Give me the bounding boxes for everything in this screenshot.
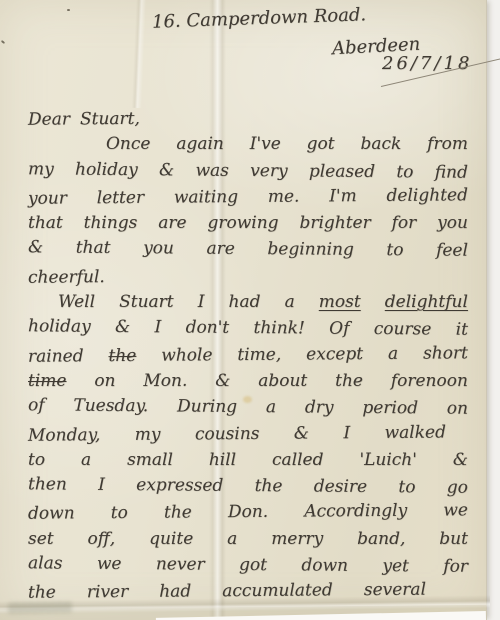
handwritten-word: dry (305, 398, 334, 418)
sender-address-line-1: 16. Camperdown Road. (152, 4, 367, 32)
handwritten-word: the (255, 476, 283, 496)
handwritten-word: was (195, 160, 229, 180)
handwritten-word: I (343, 423, 350, 443)
handwritten-word: about (258, 371, 307, 391)
letter-line: holiday&Idon'tthink!Ofcourseit (28, 317, 468, 347)
handwritten-word: down (28, 504, 75, 524)
handwritten-word: go (447, 478, 468, 498)
handwritten-word: to (396, 162, 413, 182)
handwritten-word: cousins (195, 423, 260, 444)
handwritten-word: don't (186, 318, 230, 338)
handwritten-word: a (388, 343, 398, 363)
letter-line: rainedthewholetime,exceptashort (28, 343, 468, 373)
handwritten-word: on (447, 399, 468, 419)
letter-line: OnceagainI'vegotbackfrom (28, 134, 468, 160)
letter-line: WellStuartIhadamostdelightful (28, 292, 468, 318)
letter-line: &thatyouarebeginningtofeel (28, 238, 468, 268)
handwritten-word: Accordingly (304, 501, 407, 522)
letter-line: theriverhadaccumulatedseveral (28, 580, 468, 610)
handwritten-word: a (81, 450, 91, 470)
handwritten-word: accumulated (222, 581, 333, 602)
handwritten-word: delightful (385, 292, 468, 312)
handwritten-word: for (443, 557, 468, 577)
handwritten-word: I (98, 475, 105, 495)
handwritten-word: had (159, 582, 191, 602)
letter-line: thatthingsaregrowingbrighterforyou (28, 213, 468, 239)
top-crease-line (132, 0, 147, 108)
handwritten-word: to (111, 503, 128, 523)
handwritten-word: forenoon (391, 371, 468, 391)
handwritten-word: the (164, 503, 192, 523)
handwritten-word: of (28, 396, 45, 416)
letter-line: alaswenevergotdownyetfor (28, 553, 468, 583)
handwritten-word: very (250, 161, 288, 181)
handwritten-word: hill (209, 450, 236, 470)
handwritten-word: During (177, 397, 237, 417)
handwritten-word: & (453, 450, 468, 470)
handwritten-word: the (108, 346, 136, 366)
handwritten-word: my (135, 424, 161, 444)
handwritten-word: period (362, 398, 418, 418)
handwritten-word: course (374, 319, 432, 339)
handwritten-word: quite (149, 529, 193, 549)
handwritten-word: things (84, 213, 138, 233)
handwritten-word: I'm (329, 186, 357, 206)
handwritten-word: the (335, 371, 363, 391)
handwritten-word: time, (237, 344, 281, 364)
letter-line: thenIexpressedthedesiretogo (28, 474, 468, 504)
handwritten-word: a (227, 529, 237, 549)
handwritten-word: except (306, 344, 363, 364)
handwritten-word: merry (271, 529, 323, 549)
handwritten-word: cheerful. (28, 267, 105, 288)
handwritten-word: Once (106, 134, 150, 154)
letter-line: myholiday&wasverypleasedtofind (28, 159, 468, 189)
handwritten-word: & (215, 371, 230, 391)
handwritten-word: waiting (174, 187, 238, 208)
handwritten-word: then (28, 474, 67, 494)
handwritten-word: that (28, 213, 63, 233)
handwritten-word: & (294, 423, 309, 443)
letter-body: DearStuart,OnceagainI'vegotbackfrommyhol… (28, 108, 468, 608)
handwritten-word: you (437, 213, 468, 233)
letter-line: toasmallhillcalled'Luich'& (28, 450, 468, 476)
handwritten-word: to (398, 477, 415, 497)
handwritten-word: on (94, 371, 115, 391)
letter-paper: 16. Camperdown Road. Aberdeen 26/7/18 De… (0, 0, 487, 620)
handwritten-word: set (28, 529, 54, 549)
handwritten-word: to (28, 450, 45, 470)
handwritten-word: I (198, 292, 205, 312)
handwritten-word: Well (58, 292, 95, 312)
handwritten-word: a (266, 397, 276, 417)
handwritten-word: off, (88, 529, 116, 549)
handwritten-word: short (423, 343, 468, 363)
handwritten-word: we (97, 554, 122, 574)
handwritten-word: I (154, 318, 161, 338)
handwritten-word: to (386, 241, 403, 261)
letter-line: cheerful. (28, 264, 468, 294)
handwritten-word: river (87, 582, 129, 602)
handwritten-word: Stuart (119, 292, 174, 312)
handwritten-word: delighted (386, 185, 468, 206)
handwritten-word: most (319, 292, 361, 312)
handwritten-word: you (143, 239, 174, 259)
handwritten-word: had (229, 292, 261, 312)
handwritten-word: got (239, 555, 267, 575)
handwritten-word: back (360, 134, 401, 154)
handwritten-word: a (285, 292, 295, 312)
handwritten-word: it (456, 320, 468, 340)
handwritten-word: are (206, 239, 234, 259)
handwritten-word: desire (314, 477, 367, 497)
handwritten-word: growing (207, 213, 278, 233)
handwritten-word: several (364, 580, 426, 600)
handwritten-word: alas (28, 553, 63, 573)
handwritten-word: the (28, 583, 56, 603)
handwritten-word: think! (253, 318, 304, 338)
letter-line: timeonMon.&abouttheforenoon (28, 371, 468, 397)
handwritten-word: band, (357, 529, 405, 549)
handwritten-word: brighter (299, 213, 370, 233)
letter-line: setoff,quiteamerryband,but (28, 529, 468, 555)
handwritten-word: expressed (136, 475, 223, 496)
handwritten-word: are (158, 213, 186, 233)
handwritten-word: your (28, 188, 67, 208)
letter-scan-page: { "document": { "kind": "handwritten-let… (0, 0, 500, 620)
handwritten-word: again (176, 134, 224, 154)
handwritten-word: & (159, 160, 174, 180)
paper-speck (67, 9, 70, 11)
letter-date: 26/7/18 (382, 53, 472, 74)
handwritten-word: walked (385, 422, 447, 442)
handwritten-word: Monday, (28, 425, 101, 446)
handwritten-word: me. (268, 186, 300, 206)
handwritten-word: Of (329, 319, 349, 339)
handwritten-word: for (392, 213, 417, 233)
handwritten-word: letter (97, 188, 145, 208)
handwritten-word: we (443, 501, 468, 521)
handwritten-word: holiday (28, 317, 91, 337)
letter-line: Monday,mycousins&Iwalked (28, 422, 468, 452)
handwritten-word: I've (250, 134, 281, 154)
handwritten-word: find (435, 162, 468, 182)
handwritten-word: & (28, 238, 43, 258)
handwritten-word: down (301, 555, 348, 575)
paper-speck (1, 40, 5, 44)
handwritten-word: Tuesday. (73, 396, 148, 417)
handwritten-word: holiday (75, 159, 138, 179)
handwritten-word: beginning (267, 240, 354, 261)
letter-line: DearStuart, (28, 106, 468, 136)
handwritten-word: time (28, 371, 66, 391)
handwritten-word: Stuart, (80, 109, 140, 129)
handwritten-word: 'Luich' (359, 450, 417, 470)
handwritten-word: small (127, 450, 173, 470)
handwritten-word: Don. (228, 502, 268, 522)
handwritten-word: that (76, 238, 111, 258)
letter-line: ofTuesday.Duringadryperiodon (28, 396, 468, 426)
handwritten-word: & (115, 317, 130, 337)
letter-line: yourletterwaitingme.I'mdelighted (28, 185, 468, 215)
handwritten-word: my (28, 159, 54, 179)
handwritten-word: never (156, 554, 205, 574)
handwritten-word: whole (161, 345, 212, 365)
handwritten-word: yet (382, 556, 409, 576)
handwritten-word: called (272, 450, 323, 470)
handwritten-word: but (439, 529, 468, 549)
handwritten-word: pleased (309, 161, 375, 182)
handwritten-word: Mon. (143, 371, 187, 391)
handwritten-word: feel (436, 241, 468, 261)
handwritten-word: rained (28, 346, 84, 366)
handwritten-word: got (307, 134, 335, 154)
letter-line: downtotheDon.Accordinglywe (28, 501, 468, 531)
handwritten-word: from (427, 134, 468, 154)
handwritten-word: Dear (28, 109, 70, 129)
